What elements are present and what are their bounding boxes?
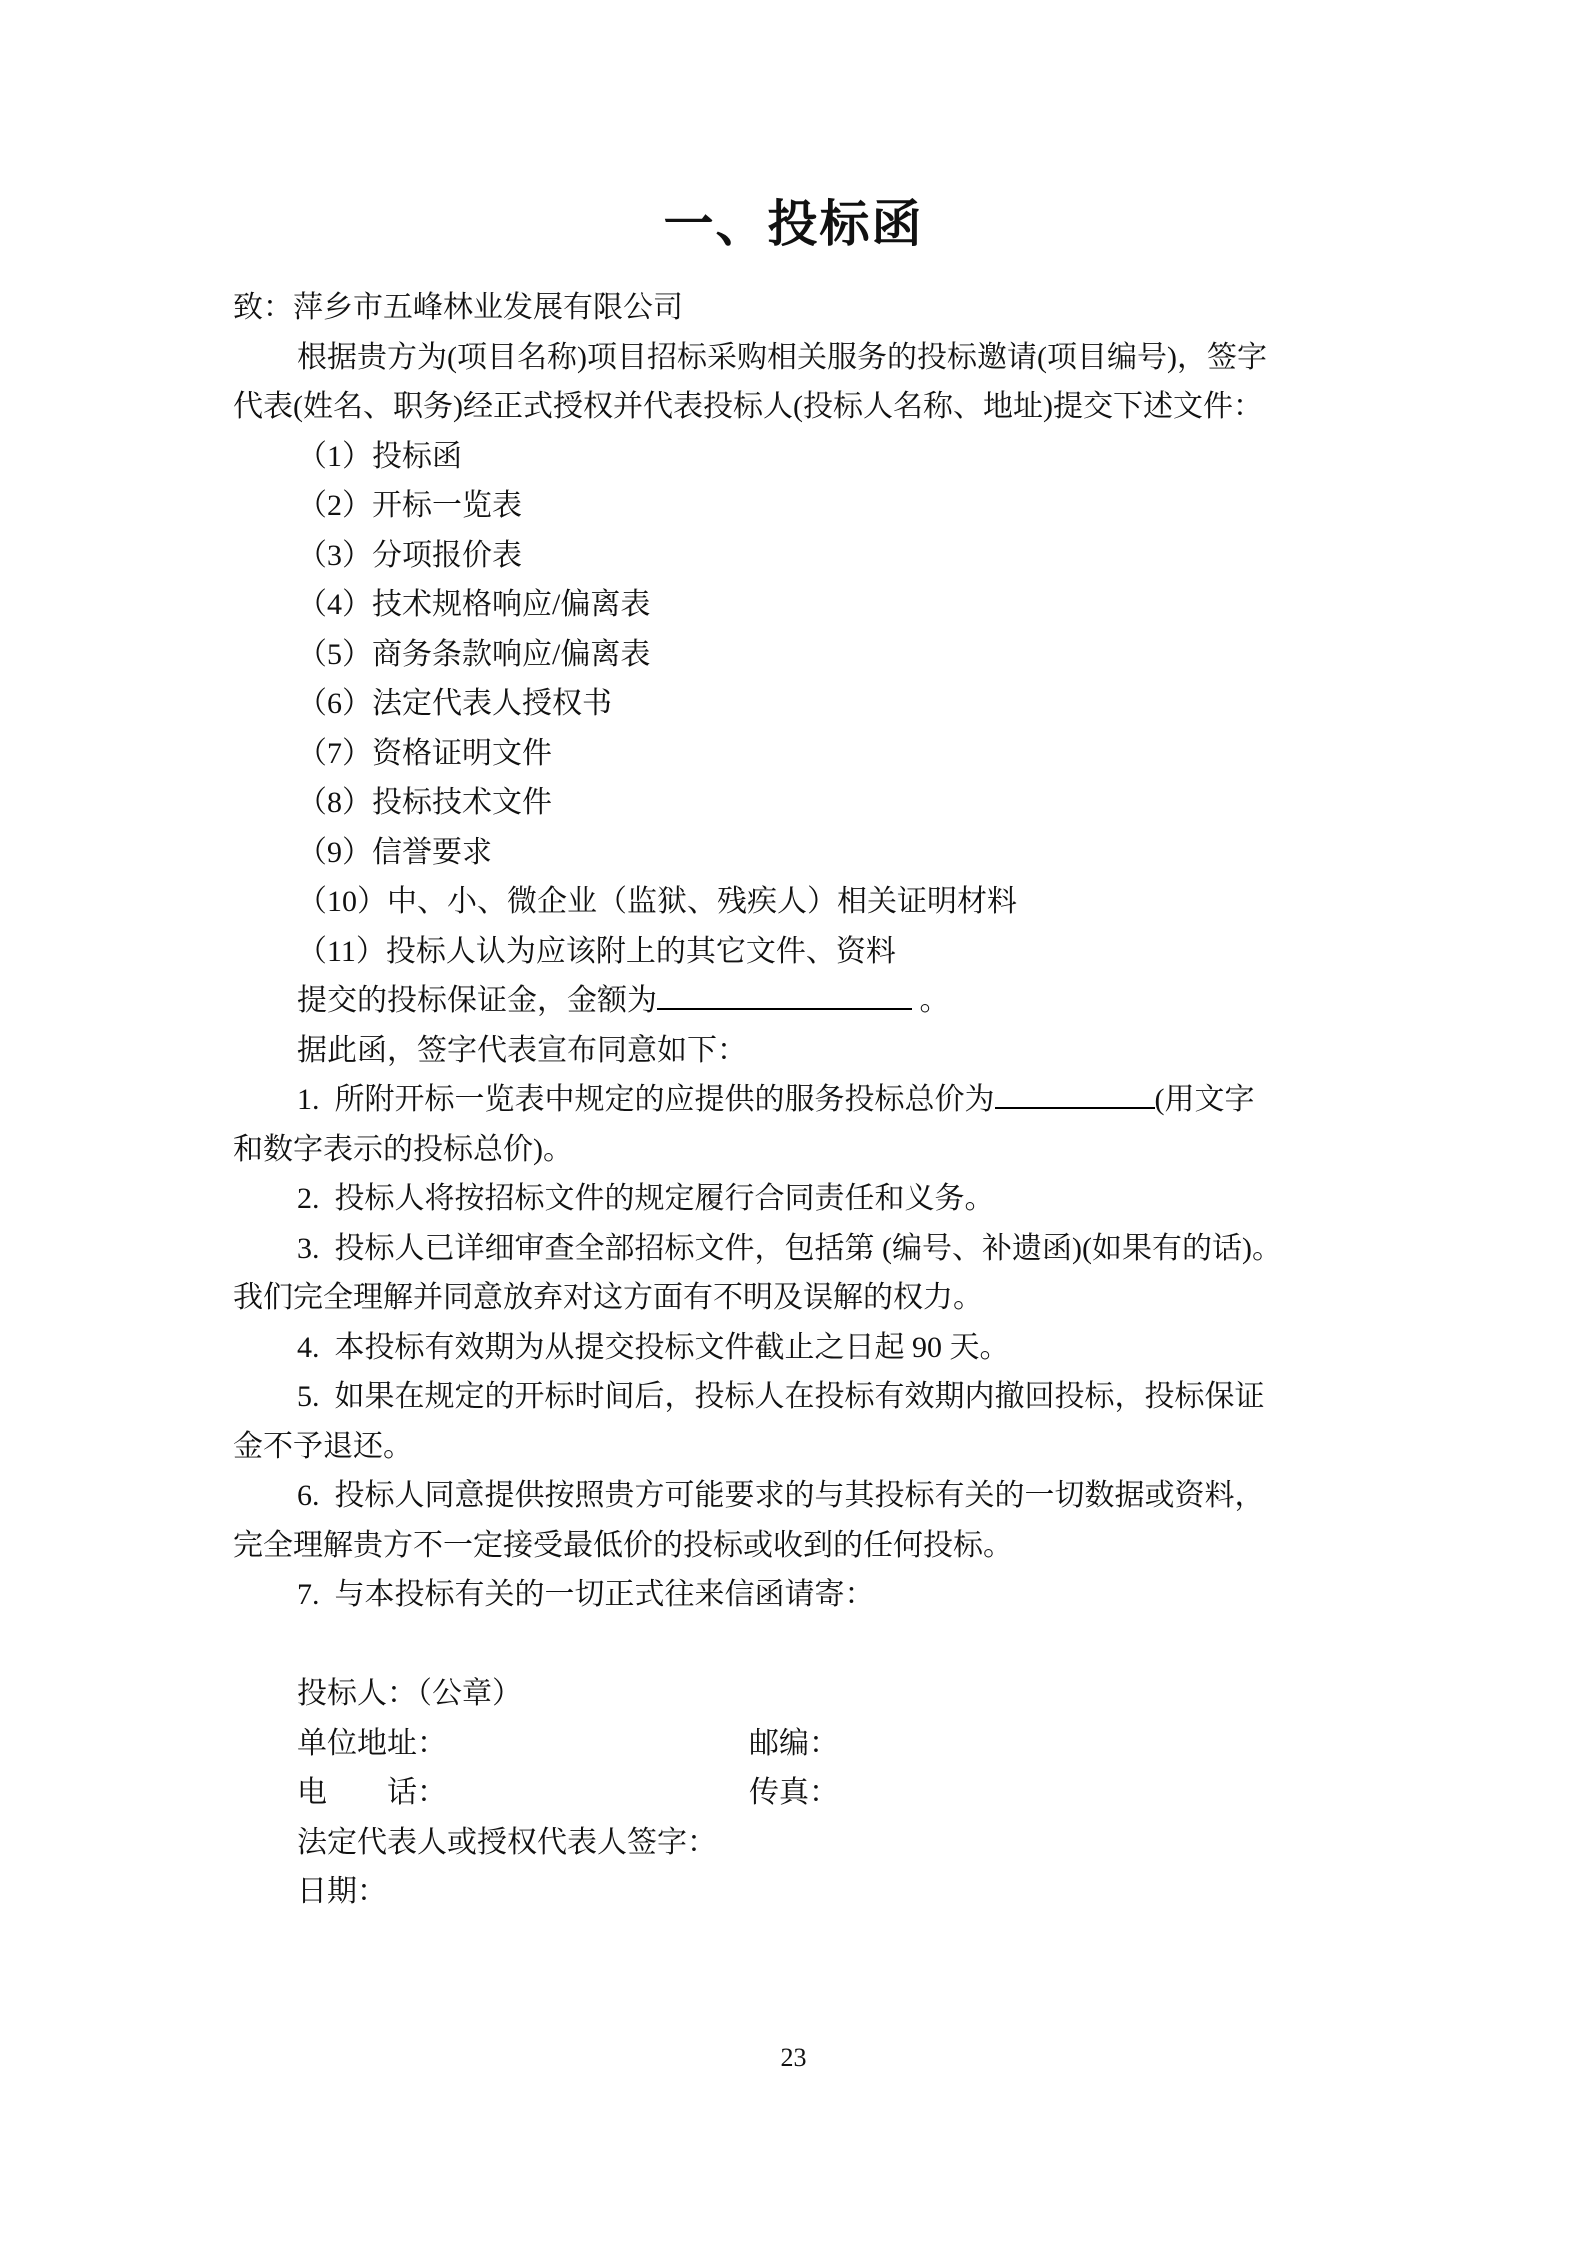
- contact-label-left: 单位地址：: [297, 1719, 749, 1769]
- contact-label-left: 电 话：: [297, 1768, 749, 1818]
- document-title: 一、投标函: [0, 188, 1587, 260]
- bond-amount-line: 提交的投标保证金，金额为 。: [233, 976, 1393, 1026]
- fill-in-underline: [995, 1107, 1155, 1109]
- line-text: 1. 所附开标一览表中规定的应提供的服务投标总价为: [297, 1083, 995, 1116]
- declaration-line: 据此函，签字代表宣布同意如下：: [233, 1026, 1393, 1076]
- document-list-item: （3）分项报价表: [233, 531, 1393, 581]
- document-list-item: （4）技术规格响应/偏离表: [233, 580, 1393, 630]
- document-list-item: （5）商务条款响应/偏离表: [233, 630, 1393, 680]
- document-page: 一、投标函 致：萍乡市五峰林业发展有限公司根据贵方为(项目名称)项目招标采购相关…: [0, 0, 1587, 2245]
- signature-line: 法定代表人或授权代表人签字：: [233, 1818, 1393, 1868]
- date-line: 日期：: [233, 1867, 1393, 1917]
- contact-row: 单位地址：邮编：: [233, 1719, 1393, 1769]
- document-list-item: （1）投标函: [233, 432, 1393, 482]
- line-text: 提交的投标保证金，金额为: [297, 984, 657, 1017]
- fill-in-underline: [657, 1008, 912, 1010]
- contact-row: 电 话：传真：: [233, 1768, 1393, 1818]
- bidder-seal-line: 投标人：（公章）: [233, 1669, 1393, 1719]
- clause-line: 1. 所附开标一览表中规定的应提供的服务投标总价为(用文字: [233, 1075, 1393, 1125]
- clause-line: 和数字表示的投标总价)。: [233, 1125, 1393, 1175]
- clause-line: 7. 与本投标有关的一切正式往来信函请寄：: [233, 1570, 1393, 1620]
- clause-line: 5. 如果在规定的开标时间后，投标人在投标有效期内撤回投标，投标保证: [233, 1372, 1393, 1422]
- document-list-item: （8）投标技术文件: [233, 778, 1393, 828]
- clause-line: 6. 投标人同意提供按照贵方可能要求的与其投标有关的一切数据或资料，: [233, 1471, 1393, 1521]
- clause-line: 4. 本投标有效期为从提交投标文件截止之日起 90 天。: [233, 1323, 1393, 1373]
- clause-line: 3. 投标人已详细审查全部招标文件，包括第 (编号、补遗函)(如果有的话)。: [233, 1224, 1393, 1274]
- clause-line: 2. 投标人将按招标文件的规定履行合同责任和义务。: [233, 1174, 1393, 1224]
- salutation-line: 致：萍乡市五峰林业发展有限公司: [233, 283, 1393, 333]
- document-list-item: （6）法定代表人授权书: [233, 679, 1393, 729]
- clause-line: 我们完全理解并同意放弃对这方面有不明及误解的权力。: [233, 1273, 1393, 1323]
- clause-line: 完全理解贵方不一定接受最低价的投标或收到的任何投标。: [233, 1521, 1393, 1571]
- page-number: 23: [0, 2038, 1587, 2078]
- document-list-item: （11）投标人认为应该附上的其它文件、资料: [233, 927, 1393, 977]
- document-list-item: （9）信誉要求: [233, 828, 1393, 878]
- clause-line: 金不予退还。: [233, 1422, 1393, 1472]
- letter-body: 致：萍乡市五峰林业发展有限公司根据贵方为(项目名称)项目招标采购相关服务的投标邀…: [233, 283, 1393, 1917]
- contact-label-right: 邮编：: [749, 1727, 839, 1760]
- contact-block: 投标人：（公章）单位地址：邮编：电 话：传真：法定代表人或授权代表人签字：日期：: [233, 1669, 1393, 1917]
- intro-line: 代表(姓名、职务)经正式授权并代表投标人(投标人名称、地址)提交下述文件：: [233, 382, 1393, 432]
- contact-label-right: 传真：: [749, 1776, 839, 1809]
- document-list-item: （7）资格证明文件: [233, 729, 1393, 779]
- document-list-item: （10）中、小、微企业（监狱、残疾人）相关证明材料: [233, 877, 1393, 927]
- intro-line: 根据贵方为(项目名称)项目招标采购相关服务的投标邀请(项目编号)，签字: [233, 333, 1393, 383]
- line-text-after-blank: 。: [912, 984, 950, 1017]
- document-list-item: （2）开标一览表: [233, 481, 1393, 531]
- line-text-after-blank: (用文字: [1155, 1083, 1255, 1116]
